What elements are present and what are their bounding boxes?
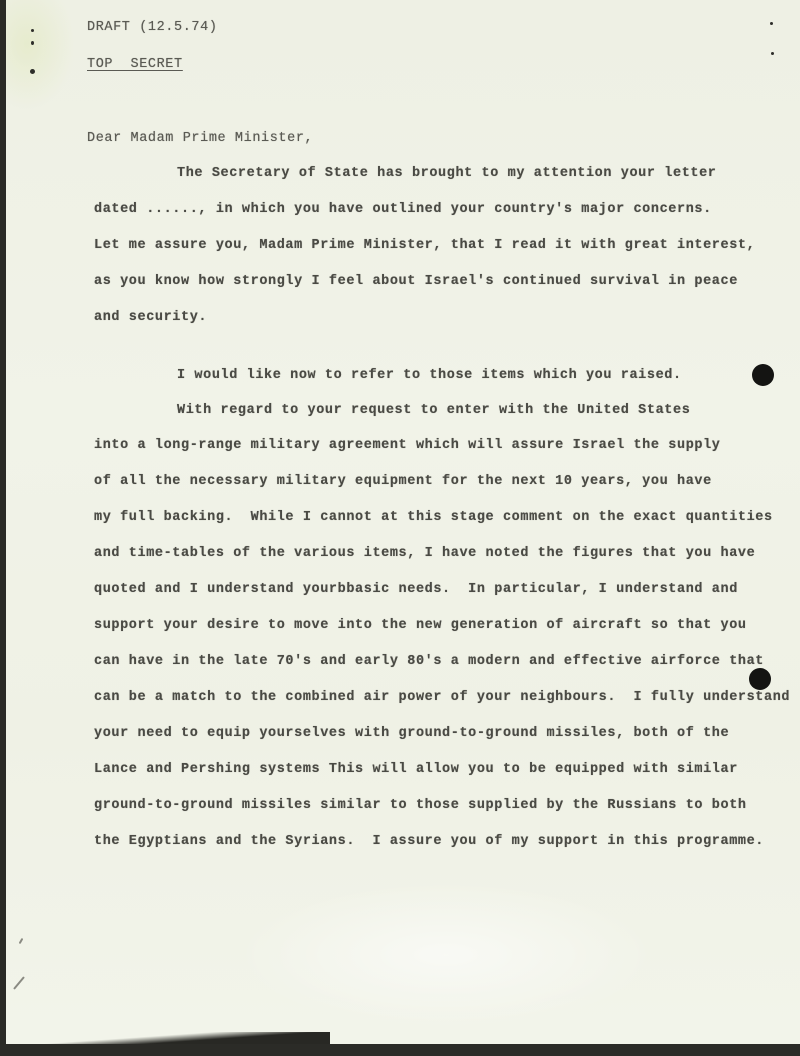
body-line: Lance and Pershing systems This will all… xyxy=(94,762,738,777)
body-line: my full backing. While I cannot at this … xyxy=(94,510,773,525)
draft-label: DRAFT (12.5.74) xyxy=(87,20,218,35)
body-line: Let me assure you, Madam Prime Minister,… xyxy=(94,238,755,253)
body-line: can have in the late 70's and early 80's… xyxy=(94,654,764,669)
body-line: your need to equip yourselves with groun… xyxy=(94,726,729,741)
scan-edge xyxy=(0,1044,800,1056)
margin-mark xyxy=(30,69,35,74)
margin-mark xyxy=(770,22,773,25)
body-line: the Egyptians and the Syrians. I assure … xyxy=(94,834,764,849)
body-line: dated ......, in which you have outlined… xyxy=(94,202,712,217)
body-line: and security. xyxy=(94,310,207,325)
body-line: of all the necessary military equipment … xyxy=(94,474,712,489)
classification-label: TOP SECRET xyxy=(87,57,183,72)
salutation: Dear Madam Prime Minister, xyxy=(87,131,313,146)
body-line: I would like now to refer to those items… xyxy=(90,368,682,383)
punch-hole xyxy=(752,364,774,386)
punch-hole xyxy=(749,668,771,690)
pencil-mark xyxy=(13,976,25,990)
body-line: into a long-range military agreement whi… xyxy=(94,438,721,453)
body-line: and time-tables of the various items, I … xyxy=(94,546,755,561)
margin-mark xyxy=(771,52,774,55)
body-line: as you know how strongly I feel about Is… xyxy=(94,274,738,289)
margin-mark xyxy=(31,41,34,45)
body-line: The Secretary of State has brought to my… xyxy=(90,166,717,181)
scanned-letter-page: DRAFT (12.5.74) TOP SECRET Dear Madam Pr… xyxy=(6,0,800,1046)
body-line: support your desire to move into the new… xyxy=(94,618,747,633)
margin-mark xyxy=(31,29,34,32)
pencil-mark xyxy=(19,938,24,944)
body-line: can be a match to the combined air power… xyxy=(94,690,790,705)
body-line: quoted and I understand yourbbasic needs… xyxy=(94,582,738,597)
body-line: ground-to-ground missiles similar to tho… xyxy=(94,798,747,813)
body-line: With regard to your request to enter wit… xyxy=(90,403,690,418)
